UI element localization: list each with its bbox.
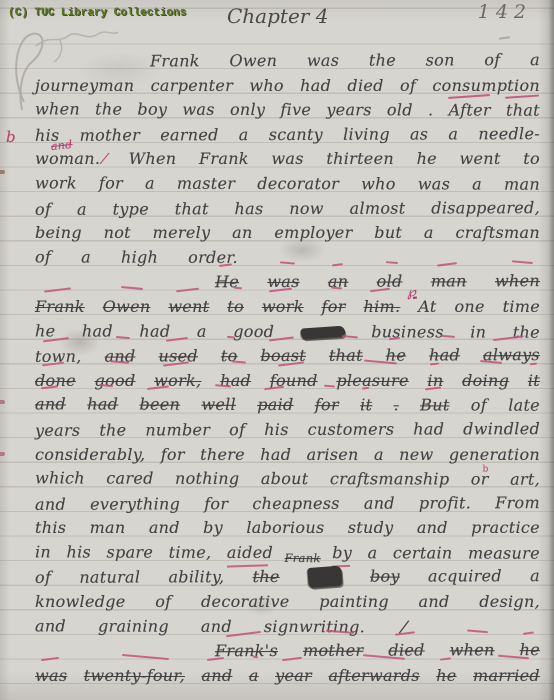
word: laborious [246,516,324,541]
word: a [239,123,249,148]
word: who [249,74,284,99]
word: he [386,344,406,369]
word: found [270,369,318,394]
word: doing [462,369,509,394]
word: decorator [257,172,339,197]
word: died [388,639,424,664]
word: measure [468,541,540,566]
word: a [77,197,87,222]
word: went [460,147,501,172]
word: After [449,99,491,124]
manuscript-line: donegoodwork,hadfoundpleasureindoingit [0,369,554,394]
word: had [82,319,113,344]
word: He [215,270,239,295]
word: the [513,320,540,345]
word: earned [160,123,219,148]
word: man [504,173,540,198]
manuscript-line: whichcarednothingaboutcraftsmanshiporart… [0,466,554,492]
word: of [35,566,51,591]
word: which [35,466,85,491]
word: was [307,49,339,74]
word: and [35,492,66,517]
word: thirteen [326,147,394,172]
page-number: 142 [478,1,532,23]
word: living [343,122,390,147]
manuscript-line: town,andusedtoboastthathehadalways [0,343,554,370]
word: number [145,418,210,443]
word: and [417,516,448,541]
word: the [369,49,396,74]
word: profit. [419,491,471,516]
word: one [454,295,484,320]
word: employer [274,221,352,246]
word: his [264,418,289,443]
word: design, [479,590,540,615]
word: and [201,664,232,689]
word: for [99,172,123,197]
word: journeyman [35,74,134,99]
word: work, [154,369,201,394]
word: paid [257,393,293,418]
word: merely [153,221,211,246]
word: to [227,295,244,320]
manuscript-line: ofatypethathasnowalmostdisappeared, [0,196,554,223]
word: When [129,147,177,172]
word: customers [308,417,395,442]
word: he [417,147,437,172]
word: in [470,320,486,345]
word: generation [449,443,540,468]
pink-insertion-word: and [50,133,74,160]
word: dwindled [463,417,540,442]
manuscript-line: ofahighorder. [0,245,554,271]
word: mother [80,123,141,148]
edge-mark [0,170,5,174]
word: carpenter [151,74,233,99]
word: he [520,638,540,663]
word: a [448,122,458,147]
word: painting [319,590,389,615]
word: old [387,98,413,123]
manuscript-line: considerably,fortherehadarisenanewgenera… [0,443,554,468]
word: / [399,615,409,640]
manuscript-line: bhismotherearnedascantylivingasaneedle- [0,122,554,149]
word: was [271,147,303,172]
word: a [530,48,540,73]
manuscript-line: hehadhadagoodbusinessinthe [0,319,554,345]
word: But [420,394,449,419]
word: type [113,197,149,222]
word: order. [188,246,238,271]
manuscript-line: FrankOwenwenttoworkforhim.℘Atonetime [0,295,554,320]
word: late [508,394,540,419]
word: Frank [150,49,200,74]
word: now [289,196,324,221]
word: well [201,393,236,418]
word: died [347,74,383,99]
word: his [66,540,91,565]
manuscript-line: andeverythingforcheapnessandprofit.From [0,491,554,518]
word: of [484,48,500,73]
word: or [471,468,489,493]
word: done [35,369,76,394]
word: man [431,270,467,295]
word: the [99,418,126,443]
word: in [35,540,51,565]
word: needle- [478,122,540,147]
word: for [161,443,185,468]
word: acquired [428,565,502,590]
word: mother [303,639,364,664]
manuscript-line: FrankOwenwasthesonofa [0,48,554,75]
word: afterwards [328,664,419,689]
word: been [139,393,180,418]
ink-blot [307,566,342,588]
word: and [364,491,395,516]
word: new [399,443,433,468]
word: considerably, [35,443,145,468]
manuscript-line: thismanandbylaboriousstudyandpractice [0,516,554,541]
word: being [35,221,82,246]
manuscript-line: wastwenty-four,andayearafterwardshemarri… [0,664,554,689]
word: cheapness [252,491,340,516]
word: Frank [35,295,85,320]
word: he [436,664,456,689]
word: this [35,516,66,541]
word: was [35,664,67,689]
word: a [368,541,378,566]
word: there [200,443,245,468]
word: of [155,590,171,615]
word: high [121,245,158,270]
word: had [220,369,251,394]
word: of [471,394,487,419]
word: not [104,221,131,246]
word: natural [79,566,140,591]
word: was [418,172,450,197]
word: it [360,394,372,419]
word: years [326,98,371,123]
manuscript-line: Frank'smotherdiedwhenhe [0,638,554,665]
word: pleasure [336,369,408,394]
word: of [35,245,51,270]
word: by [203,516,223,541]
word: of [35,197,51,222]
word: year [275,664,312,689]
word: work [262,295,304,320]
word: signwriting. [264,615,365,640]
manuscript-line: beingnotmerelyanemployerbutacraftsman [0,221,554,246]
library-watermark: (C) TUC Library Collections [8,7,186,19]
word: From [495,491,540,516]
word: arisen [307,443,359,468]
word: master [177,172,235,197]
word: boy [137,98,167,123]
manuscript-line: knowledgeofdecorativepaintinganddesign, [0,590,554,615]
word: Frank [199,147,249,172]
pink-margin-mark: b [6,125,16,150]
word: that [175,197,209,222]
word: Frank's [215,639,278,664]
word: old [377,270,403,295]
word: only [230,98,265,123]
word: disappeared, [431,196,540,221]
word: married [473,664,540,689]
word: certain [393,541,453,566]
word: and [105,345,136,370]
word: for [315,393,339,418]
word: for [204,492,228,517]
word: twenty-four, [84,664,185,689]
manuscript-line: inhissparetime,aidedFrankbyacertainmeasu… [0,540,554,566]
word: was [182,98,214,123]
word: had [260,443,291,468]
word: of [229,418,245,443]
word: a [197,319,207,344]
word: him.℘ [364,295,401,320]
word: art, [510,468,540,493]
manuscript-line: Hewasanoldmanwhen [0,269,554,296]
word: knowledge [35,590,126,615]
word: a [249,664,259,689]
word: of [400,74,416,99]
word: Owen [229,49,277,74]
word: man [90,516,126,541]
word: a [374,443,384,468]
word: but [374,221,402,246]
word: practice [471,516,540,541]
manuscript-line: andhadbeenwellpaidforit.Butoflate [0,393,554,419]
word: almost [350,196,406,221]
word: had [87,393,118,418]
word: about [261,467,309,492]
manuscript-line: woman.andWhenFrankwasthirteenhewentto [0,147,554,172]
word: business [371,320,444,345]
manuscript-line: yearsthenumberofhiscustomershaddwindled [0,417,554,444]
word: has [234,197,263,222]
word: graining [98,614,169,639]
word: that [329,344,363,369]
edge-mark [0,452,5,456]
manuscript-line: workforamasterdecoratorwhowasaman [0,171,554,197]
word: had [300,74,331,99]
word: that [506,99,540,124]
word: son [426,48,455,73]
word: a [424,221,434,246]
word: aided [227,541,273,566]
word: craftsman [456,221,540,246]
word: cared [106,467,153,492]
word: a [530,565,540,590]
manuscript-line: whentheboywasonlyfiveyearsold.Afterthat [0,97,554,123]
word: when [495,269,540,294]
word: it [528,369,540,394]
word: and [419,590,450,615]
word: work [35,171,77,196]
word: ability, [168,566,224,591]
word: everything [90,492,180,517]
page-number-dash [499,36,510,40]
word: five [280,98,311,123]
word: and [35,614,66,639]
word: nothing [175,467,240,492]
word: spare [107,540,154,565]
word: by [332,541,352,566]
word: a [145,172,155,197]
word: when [35,98,80,123]
word: time [503,295,540,320]
word: At [418,295,436,320]
word: for [322,295,346,320]
word: . [428,99,433,124]
word: a [81,245,91,270]
word: boy [370,565,400,590]
word: good [95,369,136,394]
word: . [394,394,399,419]
word: as [410,122,428,147]
manuscript-line: andgrainingandsignwriting./ [0,614,554,640]
word: Owen [103,295,151,320]
manuscript-line: ofnaturalability,theboyacquireda [0,565,554,592]
word: the [95,98,122,123]
word: an [232,221,252,246]
word: to [523,147,540,172]
manuscript-page: (C) TUC Library Collections Chapter 4 14… [0,0,554,700]
word: study [348,516,394,541]
word: woman.and [35,147,106,172]
word: the [253,565,280,590]
word: an [328,270,349,295]
word: decorative [201,590,290,615]
word: to [221,344,238,369]
word: and [149,516,180,541]
word: a [472,172,482,197]
edge-mark [0,400,5,404]
word: had [413,417,444,442]
word: years [35,419,80,444]
word: and [35,393,66,418]
word: went [168,295,209,320]
manuscript-body: FrankOwenwasthesonofajourneymancarpenter… [0,49,554,688]
word: when [450,638,495,663]
word: scanty [269,123,323,148]
word: craftsmanship [330,467,450,492]
word: time, [169,541,212,566]
chapter-heading: Chapter 4 [227,4,328,28]
word: who [361,172,396,197]
ink-blot [300,325,345,339]
